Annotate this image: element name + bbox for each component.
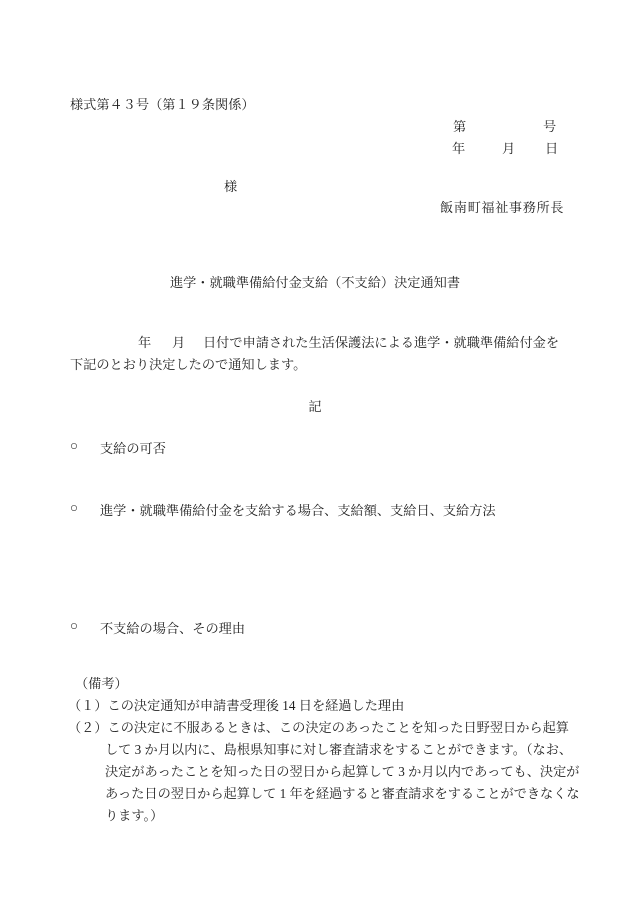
record-marker: 記 bbox=[0, 399, 630, 415]
remarks-note2-line3: 決定があったことを知った日の翌日から起算して 3 か月以内であっても、決定が bbox=[105, 764, 579, 780]
date-year-label: 年 bbox=[452, 141, 465, 157]
remarks-note2-line5: ります。） bbox=[105, 808, 163, 824]
circle-bullet-icon: ○ bbox=[70, 500, 78, 516]
remarks-note1: （１）この決定通知が申請書受理後 14 日を経過した理由 bbox=[68, 698, 404, 714]
remarks-note2-line2: して 3 か月以内に、島根県知事に対し審査請求をすることができます。（なお、 bbox=[105, 742, 572, 758]
addressee-honorific: 様 bbox=[224, 179, 237, 195]
body-date-year: 年 bbox=[138, 335, 151, 351]
body-line1: 日付で申請された生活保護法による進学・就職準備給付金を bbox=[203, 335, 559, 351]
doc-number-prefix: 第 bbox=[453, 119, 466, 135]
form-number: 様式第４３号（第１９条関係） bbox=[70, 97, 255, 113]
item-payment-decision: ○ 支給の可否 bbox=[70, 438, 590, 454]
document-title: 進学・就職準備給付金支給（不支給）決定通知書 bbox=[0, 275, 630, 291]
item-payment-details: ○ 進学・就職準備給付金を支給する場合、支給額、支給日、支給方法 bbox=[70, 500, 590, 516]
doc-number-suffix: 号 bbox=[543, 119, 556, 135]
circle-bullet-icon: ○ bbox=[70, 618, 78, 634]
item-nonpayment-reason: ○ 不支給の場合、その理由 bbox=[70, 618, 590, 634]
body-line2: 下記のとおり決定したので通知します。 bbox=[70, 357, 306, 373]
sender-title: 飯南町福祉事務所長 bbox=[440, 200, 564, 216]
remarks-heading: （備考） bbox=[75, 676, 128, 692]
document-page: 様式第４３号（第１９条関係） 第 号 年 月 日 様 飯南町福祉事務所長 進学・… bbox=[0, 0, 630, 903]
remarks-note2-line4: あった日の翌日から起算して 1 年を経過すると審査請求をすることができなくな bbox=[105, 786, 580, 802]
circle-bullet-icon: ○ bbox=[70, 438, 78, 454]
item-text: 不支給の場合、その理由 bbox=[100, 618, 245, 637]
date-month-label: 月 bbox=[502, 141, 515, 157]
remarks-note2-line1: （２）この決定に不服あるときは、この決定のあったことを知った日野翌日から起算 bbox=[68, 720, 569, 736]
date-day-label: 日 bbox=[545, 141, 558, 157]
item-text: 進学・就職準備給付金を支給する場合、支給額、支給日、支給方法 bbox=[100, 500, 496, 519]
item-text: 支給の可否 bbox=[100, 438, 166, 457]
body-date-month: 月 bbox=[172, 335, 185, 351]
